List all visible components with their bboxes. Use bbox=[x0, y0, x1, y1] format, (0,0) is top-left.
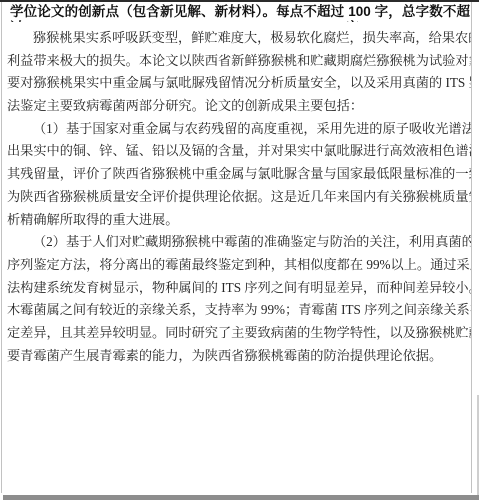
body-text-line: 法鉴定主要致病霉菌两部分研究。论文的创新成果主要包括： bbox=[7, 95, 471, 118]
body-text-line: 法构建系统发育树显示，物种属间的 ITS 序列之间有明显差异，而种间差异较小。其… bbox=[7, 277, 471, 300]
body-text-line: 利益带来极大的损失。本论文以陕西省新鲜猕猴桃和贮藏期腐烂猕猴桃为试验对象，主 bbox=[7, 50, 471, 73]
document-content: 学位论文的创新点（包含新见解、新材料）。每点不超过 100 字，总字数不超过 5… bbox=[7, 4, 471, 367]
body-text-line: 为陕西省猕猴桃质量安全评价提供理论依据。这是近几年来国内有关猕猴桃质量安全分 bbox=[7, 186, 471, 209]
body-text-line: （1）基于国家对重金属与农药残留的高度重视，采用先进的原子吸收光谱法测定 bbox=[7, 118, 471, 141]
document-body: 猕猴桃果实系呼吸跃变型，鲜贮难度大，极易软化腐烂，损失率高，给果农的经济 利益带… bbox=[7, 27, 471, 367]
body-text-line: 猕猴桃果实系呼吸跃变型，鲜贮难度大，极易软化腐烂，损失率高，给果农的经济 bbox=[7, 27, 471, 50]
body-text-line: 其残留量，评价了陕西省猕猴桃中重金属与氯吡脲含量与国家最低限量标准的一致性， bbox=[7, 163, 471, 186]
body-text-line: 要对猕猴桃果实中重金属与氯吡脲残留情况分析质量安全，以及采用真菌的 ITS 鉴定… bbox=[7, 72, 471, 95]
section-heading: 学位论文的创新点（包含新见解、新材料）。每点不超过 100 字，总字数不超过 5… bbox=[7, 4, 471, 22]
body-text-line: （2）基于人们对贮藏期猕猴桃中霉菌的准确鉴定与防治的关注，利用真菌的 ITS bbox=[7, 231, 471, 254]
page-edge-shadow bbox=[3, 495, 479, 500]
document-page: 学位论文的创新点（包含新见解、新材料）。每点不超过 100 字，总字数不超过 5… bbox=[0, 0, 479, 500]
body-text-line: 序列鉴定方法，将分离出的霉菌最终鉴定到种，其相似度都在 99%以上。通过采用 M… bbox=[7, 254, 471, 277]
body-text-line: 出果实中的铜、锌、锰、铅以及镉的含量，并对果实中氯吡脲进行高效液相色谱法测定 bbox=[7, 140, 471, 163]
body-text-line: 定差异，且其差异较明显。同时研究了主要致病菌的生物学特性，以及猕猴桃贮藏期主 bbox=[7, 322, 471, 345]
body-text-line: 木霉菌属之间有较近的亲缘关系，支持率为 99%；青霉菌 ITS 序列之间亲缘关系… bbox=[7, 299, 471, 322]
body-text-line: 析精确解所取得的重大进展。 bbox=[7, 209, 471, 232]
form-cell-top-border bbox=[0, 0, 479, 2]
body-text-line: 要青霉菌产生展青霉素的能力，为陕西省猕猴桃霉菌的防治提供理论依据。 bbox=[7, 345, 471, 368]
